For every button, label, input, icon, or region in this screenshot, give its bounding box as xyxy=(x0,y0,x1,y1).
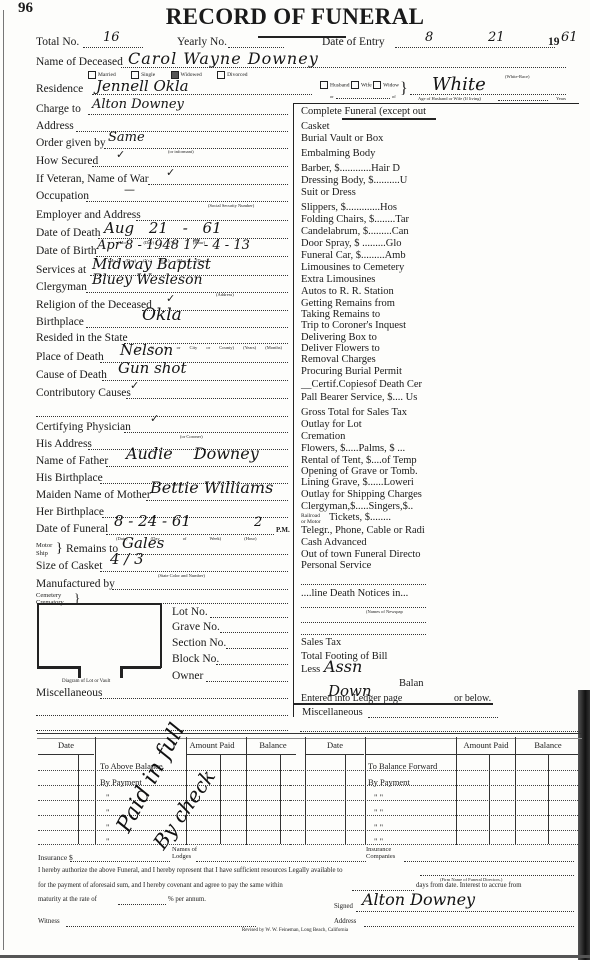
place-of-death-value[interactable]: Nelson xyxy=(120,341,173,359)
mother-maiden-name-value[interactable]: Bettie Williams xyxy=(150,478,273,497)
religion-check[interactable]: ✓ xyxy=(166,292,175,305)
certifying-physician-label: Certifying Physician xyxy=(36,421,131,433)
misc-line-left-1 xyxy=(100,698,288,699)
charge-to-line xyxy=(88,114,288,115)
funeral-record-page: 96 RECORD OF FUNERAL Total No. 16 Yearly… xyxy=(0,0,590,960)
date-of-entry-label: Date of Entry xyxy=(322,36,385,48)
lot-diagram-stem-right xyxy=(120,666,123,678)
casket-size-value[interactable]: 4 / 3 xyxy=(110,550,144,568)
ledger-entry-separator xyxy=(293,703,493,705)
document-title: RECORD OF FUNERAL xyxy=(0,4,590,30)
insurance-companies-top: Insurance xyxy=(366,846,391,853)
veteran-war-check[interactable]: ✓ xyxy=(166,166,175,179)
newspaper-line-3 xyxy=(301,634,426,635)
certifying-physician-check[interactable]: ✓ xyxy=(150,412,159,425)
total-no-label: Total No. xyxy=(36,36,79,48)
charge-item-personal-service: Personal Service xyxy=(301,560,371,572)
age-spouse-line xyxy=(498,100,548,101)
grave-no-label: Grave No. xyxy=(172,621,220,633)
insurance-label: Insurance $ xyxy=(38,853,73,862)
charge-item-candelabrum: Candelabrum, $.........Can xyxy=(301,226,409,238)
charge-item-gross-total: Gross Total for Sales Tax xyxy=(301,407,407,419)
checkbox-icon[interactable] xyxy=(217,71,225,79)
charge-item-burial-permit: Procuring Burial Permit xyxy=(301,366,402,378)
religion-label: Religion of the Deceased xyxy=(36,299,152,311)
cemetery-label: Cemetery xyxy=(36,592,61,599)
newspaper-line-2 xyxy=(301,622,426,623)
birthplace-label: Birthplace xyxy=(36,316,84,328)
block-no-line xyxy=(216,664,288,665)
ledger-left-row[interactable] xyxy=(38,800,296,801)
ledger-right-col-sep xyxy=(305,737,306,845)
interest-rate-line xyxy=(118,904,166,905)
charge-item-cash-advanced: Cash Advanced xyxy=(301,537,367,549)
charge-item-lining-grave: Lining Grave, $......Loweri xyxy=(301,477,414,489)
charge-item-outlay-lot: Outlay for Lot xyxy=(301,419,362,431)
lodges-label-bottom: Lodges xyxy=(172,853,191,860)
total-no-value[interactable]: 16 xyxy=(103,30,120,45)
residence-label: Residence xyxy=(36,83,83,95)
days-text: days from date. Interest to accrue from xyxy=(416,882,522,889)
casket-size-line xyxy=(100,571,288,572)
date-of-entry-year[interactable]: 61 xyxy=(561,30,578,45)
charge-item-folding-chairs: Folding Chairs, $........Tar xyxy=(301,214,409,226)
brace-glyph: } xyxy=(56,541,63,557)
deceased-name-label: Name of Deceased xyxy=(36,56,123,68)
ledger-right-col-sep xyxy=(365,737,366,845)
balance-label: Balan xyxy=(399,678,424,690)
charge-item-tickets: Tickets, $........ xyxy=(329,512,391,524)
witness-line xyxy=(66,926,256,927)
coroner-note: (or Coroner) xyxy=(180,434,203,439)
witness-label: Witness xyxy=(38,918,60,925)
birthplace-value[interactable]: Okla xyxy=(142,305,182,325)
charge-item-death-certificates: __Certif.Copiesof Death Cer xyxy=(301,379,422,391)
date-of-entry-line xyxy=(395,47,555,48)
social-security-note: (Social Security Number) xyxy=(208,203,254,208)
ledger-right-date-header: Date xyxy=(306,740,364,750)
owner-line xyxy=(206,681,288,682)
ledger-right-row[interactable] xyxy=(290,770,578,771)
date-of-birth-label: Date of Birth xyxy=(36,245,97,257)
maturity-text: maturity at the rate of xyxy=(38,896,97,903)
lot-diagram-base-left xyxy=(37,666,80,669)
charge-item-door-spray: Door Spray, $ .........Glo xyxy=(301,238,402,250)
mother-maiden-name-line xyxy=(146,500,288,501)
place-of-death-label: Place of Death xyxy=(36,351,104,363)
clergyman-line xyxy=(86,292,288,293)
brace-glyph: } xyxy=(400,80,408,98)
signature-value[interactable]: Alton Downey xyxy=(362,890,475,909)
charge-item-death-notices: ....line Death Notices in... xyxy=(301,588,408,600)
yearly-no-line xyxy=(228,47,284,48)
manufactured-by-label: Manufactured by xyxy=(36,578,115,590)
ledger-right-col-sep xyxy=(515,737,516,845)
ledger-right-row[interactable] xyxy=(290,844,578,845)
spouse-options: Husband Wife Widow xyxy=(320,81,399,89)
motor-label: Motor xyxy=(36,542,52,549)
years-label: Years xyxy=(556,96,566,101)
contributory-causes-line-2 xyxy=(36,416,288,417)
certifying-physician-line xyxy=(124,432,288,433)
his-address-label: His Address xyxy=(36,438,92,450)
spouse-or-line xyxy=(336,98,390,99)
order-given-by-line xyxy=(104,148,288,149)
veteran-war-line xyxy=(148,184,288,185)
address-label: Address xyxy=(36,120,74,132)
age-spouse-label: Age of Husband or Wife (If living) xyxy=(418,96,481,101)
charge-item-burial-vault: Burial Vault or Box xyxy=(301,133,383,145)
how-secured-line xyxy=(92,166,288,167)
checkbox-icon[interactable] xyxy=(373,81,381,89)
newspaper-line-1 xyxy=(301,607,426,608)
misc-line-right-2 xyxy=(300,731,580,732)
complete-funeral-underline xyxy=(342,118,436,120)
order-given-by-note: (or informant) xyxy=(168,149,194,154)
lot-no-label: Lot No. xyxy=(172,606,208,618)
father-name-line xyxy=(106,466,288,467)
block-no-label: Block No. xyxy=(172,653,219,665)
misc-label-left: Miscellaneous xyxy=(36,687,102,699)
charge-item-embalming: Embalming Body xyxy=(301,148,375,160)
charge-to-label: Charge to xyxy=(36,103,81,115)
charge-item-cremation: Cremation xyxy=(301,431,345,443)
ledger-left-balance-header: Balance xyxy=(248,740,298,750)
funeral-pm-label: P.M. xyxy=(276,526,290,534)
charge-item-shipping: Outlay for Shipping Charges xyxy=(301,489,422,501)
firm-name-line xyxy=(420,875,574,876)
lot-no-line xyxy=(210,617,288,618)
ledger-right-row[interactable] xyxy=(290,830,578,831)
resided-in-state-label: Resided in the State xyxy=(36,332,128,344)
charge-item-slippers: Slippers, $.............Hos xyxy=(301,202,397,214)
less-value[interactable]: Assn xyxy=(324,657,362,676)
occupation-label: Occupation xyxy=(36,190,89,202)
date-of-birth-value[interactable]: Apr 8 - 1948 17 - 4 - 13 xyxy=(97,238,250,253)
date-of-entry-year-prefix: 19 xyxy=(548,36,560,48)
page-left-edge xyxy=(3,10,4,950)
section-no-line xyxy=(226,648,288,649)
lot-diagram-stem-left xyxy=(78,666,81,678)
ledger-right-header-rule-2 xyxy=(366,754,578,755)
charge-item-casket: Casket xyxy=(301,121,330,133)
his-birthplace-label: His Birthplace xyxy=(36,472,103,484)
residence-value[interactable]: Jennell Okla xyxy=(96,77,189,95)
address-footer-label: Address xyxy=(334,918,356,925)
checkbox-icon[interactable] xyxy=(351,81,359,89)
ledger-right-header-rule xyxy=(306,754,364,755)
grave-no-line xyxy=(220,632,288,633)
total-no-line xyxy=(83,47,143,48)
order-given-by-label: Order given by xyxy=(36,137,106,149)
owner-label: Owner xyxy=(172,670,203,682)
date-of-funeral-label: Date of Funeral xyxy=(36,523,108,535)
funeral-hour-value[interactable]: 2 xyxy=(254,515,262,530)
signed-label: Signed xyxy=(334,903,353,910)
date-of-funeral-value[interactable]: 8 - 24 - 61 xyxy=(114,512,191,530)
ledger-left-col-sep xyxy=(246,737,247,845)
how-secured-label: How Secured xyxy=(36,155,98,167)
insurance-companies-line xyxy=(404,861,574,862)
charge-item-barber: Barber, $............Hair D xyxy=(301,163,400,175)
clergyman-address-note: (Address) xyxy=(216,292,234,297)
charge-item-extra-limousines: Extra Limousines xyxy=(301,274,375,286)
charge-item-less: Less xyxy=(301,664,320,676)
misc-line-right-1 xyxy=(368,717,498,718)
father-name-label: Name of Father xyxy=(36,455,108,467)
ledger-left-date-header: Date xyxy=(38,740,94,750)
manufactured-by-line xyxy=(112,589,288,590)
entered-ledger-value[interactable]: Down xyxy=(328,682,372,700)
occupation-dash[interactable]: — xyxy=(124,183,135,196)
charge-to-value[interactable]: Alton Downey xyxy=(92,97,184,112)
ledger-right-balance-header: Balance xyxy=(518,740,578,750)
her-birthplace-label: Her Birthplace xyxy=(36,506,104,518)
charge-item-autos-rr: Autos to R. R. Station xyxy=(301,286,394,298)
newspaper-note: (Names of Newspap xyxy=(366,609,403,614)
charge-item-pall-bearer: Pall Bearer Service, $.... Us xyxy=(301,392,417,404)
lot-diagram-box xyxy=(37,603,162,668)
charges-section: Complete Funeral (except out Casket Buri… xyxy=(293,103,579,717)
address-footer-line xyxy=(364,926,574,927)
ledger-right-row[interactable] xyxy=(290,785,578,786)
revised-by-text: Revised by W. W. Feineman, Long Beach, C… xyxy=(0,928,590,933)
charge-item-sales-tax: Sales Tax xyxy=(301,637,341,649)
ledger-right-amount-header: Amount Paid xyxy=(456,740,516,750)
charge-item-coroner-inquest: Trip to Coroner's Inquest xyxy=(301,320,406,332)
race-label: (White-Race) xyxy=(505,74,529,79)
casket-size-label: Size of Casket xyxy=(36,560,102,572)
insurance-companies-bottom: Companies xyxy=(366,853,395,860)
how-secured-check[interactable]: ✓ xyxy=(116,148,125,161)
checkbox-icon[interactable] xyxy=(88,71,96,79)
ship-label: Ship xyxy=(36,550,48,557)
ledger-top-rule xyxy=(37,733,582,739)
ledger-right-row[interactable] xyxy=(290,800,578,801)
occupation-line xyxy=(86,201,288,202)
checkbox-icon[interactable] xyxy=(320,81,328,89)
spouse-or-label: or xyxy=(330,94,334,99)
services-at-label: Services at xyxy=(36,264,86,276)
charge-item-telegraph: Telegr., Phone, Cable or Radi xyxy=(301,525,425,537)
ledger-right-row[interactable] xyxy=(290,815,578,816)
marital-divorced: Divorced xyxy=(217,72,247,78)
spouse-of-label: of xyxy=(392,94,396,99)
charge-item-limousines: Limousines to Cemetery xyxy=(301,262,404,274)
ledger-left-col-sep xyxy=(95,737,96,845)
charge-item-dressing-body: Dressing Body, $..........U xyxy=(301,175,407,187)
mother-maiden-name-label: Maiden Name of Mother xyxy=(36,489,151,501)
authorize-text: I hereby authorize the above Funeral, an… xyxy=(38,867,342,874)
payment-text: for the payment of aforesaid sum, and I … xyxy=(38,882,283,889)
charge-blank-line xyxy=(301,584,426,585)
charge-item-flowers-palms: Flowers, $.....Palms, $ ... xyxy=(301,443,405,455)
ledger-left-row[interactable] xyxy=(38,785,296,786)
lot-diagram-caption: Diagram of Lot or Vault xyxy=(62,679,110,684)
lodges-label-top: Names of xyxy=(172,846,197,853)
date-of-death-value[interactable]: Aug 21 - 61 xyxy=(104,219,222,237)
charge-item-complete-funeral: Complete Funeral (except out xyxy=(301,106,426,118)
contributory-causes-check[interactable]: ✓ xyxy=(130,379,139,392)
charge-item-suit-or-dress: Suit or Dress xyxy=(301,187,356,199)
date-of-death-label: Date of Death xyxy=(36,227,101,239)
deceased-name-value[interactable]: Carol Wayne Downey xyxy=(128,49,319,68)
clergyman-value[interactable]: Bluey Wesleson xyxy=(92,272,203,288)
insurance-line xyxy=(70,861,170,862)
percent-text: % per annum. xyxy=(168,896,206,903)
misc-line-left-2 xyxy=(36,715,288,716)
cause-of-death-label: Cause of Death xyxy=(36,369,107,381)
cause-of-death-value[interactable]: Gun shot xyxy=(118,359,187,377)
birthplace-line xyxy=(86,327,288,328)
section-no-label: Section No. xyxy=(172,637,226,649)
contributory-causes-line xyxy=(126,398,288,399)
ledger-right-col-sep xyxy=(456,737,457,845)
signed-line xyxy=(356,911,574,912)
date-of-entry-day[interactable]: 21 xyxy=(488,30,505,45)
charge-item-removal: Removal Charges xyxy=(301,354,376,366)
ledger-left-amount-header: Amount Paid xyxy=(186,740,238,750)
yearly-no-label: Yearly No. xyxy=(177,36,227,48)
page-bottom-edge xyxy=(0,955,590,958)
lot-diagram-base-right xyxy=(120,666,161,669)
casket-size-note: (State Color and Number) xyxy=(158,573,205,578)
clergyman-label: Clergyman xyxy=(36,281,87,293)
father-name-value[interactable]: Audie Downey xyxy=(126,444,259,463)
misc-label-right: Miscellaneous xyxy=(302,707,363,718)
date-of-entry-month[interactable]: 8 xyxy=(425,30,433,45)
charge-item-funeral-car: Funeral Car, $.........Amb xyxy=(301,250,406,262)
lodges-line xyxy=(196,861,366,862)
services-at-value[interactable]: Midway Baptist xyxy=(92,255,211,273)
ledger-left-header-rule xyxy=(38,754,94,755)
contributory-causes-label: Contributory Causes xyxy=(36,387,131,399)
race-value[interactable]: White xyxy=(432,74,486,95)
order-given-by-value[interactable]: Same xyxy=(108,130,145,145)
